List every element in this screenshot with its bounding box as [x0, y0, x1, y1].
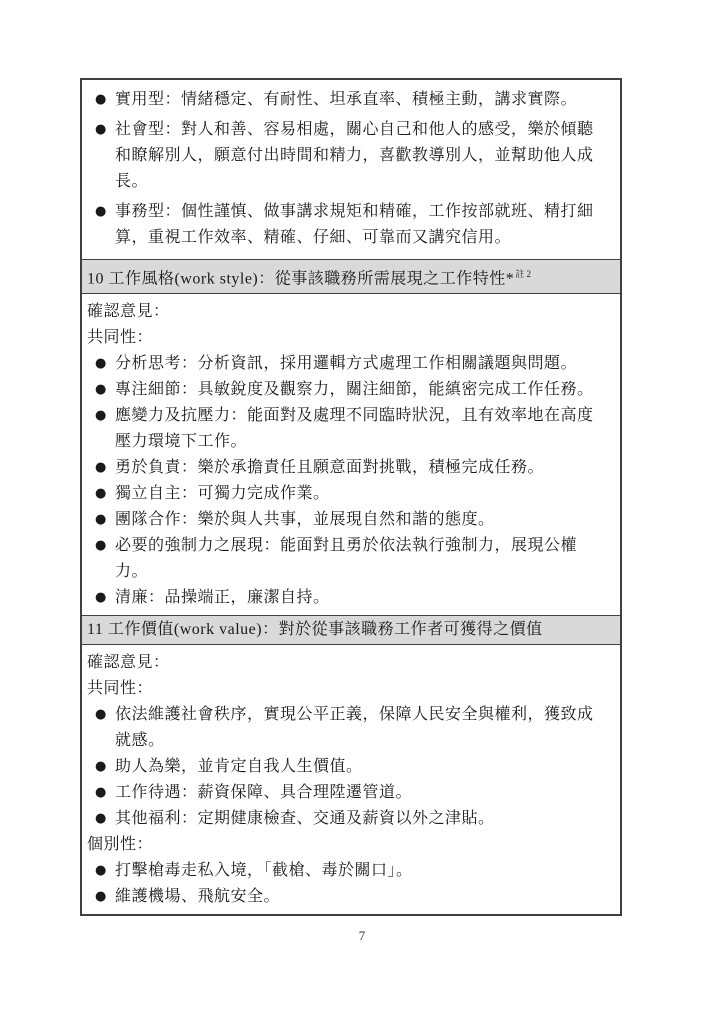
list-item: ● 必要的強制力之展現：能面對且勇於依法執行強制力，展現公權力。	[86, 533, 600, 585]
section-11-title: 11 工作價值(work value)：對於從事該職務工作者可獲得之價值	[87, 621, 543, 638]
list-item: ● 維護機場、飛航安全。	[86, 884, 600, 910]
list-item: ● 助人為樂，並肯定自我人生價值。	[86, 754, 600, 780]
list-item: ● 勇於負責：樂於承擔責任且願意面對挑戰，積極完成任務。	[86, 455, 600, 481]
list-item: ● 專注細節：具敏銳度及觀察力，關注細節，能縝密完成工作任務。	[86, 377, 600, 403]
list-item: ● 社會型：對人和善、容易相處，關心自己和他人的感受，樂於傾聽和瞭解別人，願意付…	[86, 117, 600, 195]
bullet-text: 依法維護社會秩序，實現公平正義，保障人民安全與權利，獲致成就感。	[115, 702, 600, 754]
bullet-icon: ●	[95, 858, 115, 884]
bullet-text: 應變力及抗壓力：能面對及處理不同臨時狀況，且有效率地在高度壓力環境下工作。	[115, 403, 600, 455]
list-item: ● 團隊合作：樂於與人共事，並展現自然和諧的態度。	[86, 507, 600, 533]
job-profile-table: ● 實用型：情緒穩定、有耐性、坦承直率、積極主動，講求實際。 ● 社會型：對人和…	[80, 78, 622, 916]
list-item: ● 清廉：品操端正，廉潔自持。	[86, 585, 600, 611]
list-item: ● 事務型：個性謹慎、做事講求規矩和精確，工作按部就班、精打細算，重視工作效率、…	[86, 199, 600, 251]
bullet-icon: ●	[95, 87, 115, 113]
bullet-icon: ●	[95, 481, 115, 507]
bullet-text: 事務型：個性謹慎、做事講求規矩和精確，工作按部就班、精打細算，重視工作效率、精確…	[115, 199, 600, 251]
bullet-text: 打擊槍毒走私入境，「截槍、毒於關口」。	[115, 858, 600, 884]
bullet-icon: ●	[95, 702, 115, 754]
page-number: 7	[0, 928, 724, 944]
list-item: ● 分析思考：分析資訊，採用邏輯方式處理工作相關議題與問題。	[86, 351, 600, 377]
personality-types-cell: ● 實用型：情緒穩定、有耐性、坦承直率、積極主動，講求實際。 ● 社會型：對人和…	[82, 80, 620, 260]
bullet-text: 其他福利：定期健康檢查、交通及薪資以外之津貼。	[115, 806, 600, 832]
bullet-icon: ●	[95, 780, 115, 806]
bullet-icon: ●	[95, 884, 115, 910]
bullet-icon: ●	[95, 351, 115, 377]
bullet-text: 分析思考：分析資訊，採用邏輯方式處理工作相關議題與問題。	[115, 351, 600, 377]
section-10-title: 10 工作風格(work style)：從事該職務所需展現之工作特性*	[87, 270, 514, 287]
work-value-cell: 確認意見： 共同性： ● 依法維護社會秩序，實現公平正義，保障人民安全與權利，獲…	[82, 645, 620, 914]
section-10-header: 10 工作風格(work style)：從事該職務所需展現之工作特性*註 2	[82, 260, 620, 294]
bullet-icon: ●	[95, 455, 115, 481]
bullet-icon: ●	[95, 533, 115, 585]
confirm-opinion-label: 確認意見：	[86, 299, 600, 325]
list-item: ● 工作待遇：薪資保障、具合理陞遷管道。	[86, 780, 600, 806]
bullet-text: 維護機場、飛航安全。	[115, 884, 600, 910]
bullet-text: 助人為樂，並肯定自我人生價值。	[115, 754, 600, 780]
bullet-icon: ●	[95, 507, 115, 533]
bullet-text: 清廉：品操端正，廉潔自持。	[115, 585, 600, 611]
bullet-icon: ●	[95, 199, 115, 251]
bullet-icon: ●	[95, 403, 115, 455]
bullet-text: 獨立自主：可獨力完成作業。	[115, 481, 600, 507]
section-11-header: 11 工作價值(work value)：對於從事該職務工作者可獲得之價值	[82, 616, 620, 645]
bullet-text: 必要的強制力之展現：能面對且勇於依法執行強制力，展現公權力。	[115, 533, 600, 585]
bullet-text: 工作待遇：薪資保障、具合理陞遷管道。	[115, 780, 600, 806]
work-style-cell: 確認意見： 共同性： ● 分析思考：分析資訊，採用邏輯方式處理工作相關議題與問題…	[82, 294, 620, 616]
bullet-text: 團隊合作：樂於與人共事，並展現自然和諧的態度。	[115, 507, 600, 533]
commonality-label: 共同性：	[86, 325, 600, 351]
bullet-text: 專注細節：具敏銳度及觀察力，關注細節，能縝密完成工作任務。	[115, 377, 600, 403]
confirm-opinion-label: 確認意見：	[86, 650, 600, 676]
list-item: ● 打擊槍毒走私入境，「截槍、毒於關口」。	[86, 858, 600, 884]
individuality-label: 個別性：	[86, 832, 600, 858]
list-item: ● 獨立自主：可獨力完成作業。	[86, 481, 600, 507]
list-item: ● 其他福利：定期健康檢查、交通及薪資以外之津貼。	[86, 806, 600, 832]
bullet-text: 實用型：情緒穩定、有耐性、坦承直率、積極主動，講求實際。	[115, 87, 600, 113]
bullet-text: 勇於負責：樂於承擔責任且願意面對挑戰，積極完成任務。	[115, 455, 600, 481]
list-item: ● 實用型：情緒穩定、有耐性、坦承直率、積極主動，講求實際。	[86, 87, 600, 113]
bullet-icon: ●	[95, 806, 115, 832]
footnote-ref-2: 註 2	[515, 269, 531, 279]
commonality-label: 共同性：	[86, 676, 600, 702]
bullet-icon: ●	[95, 377, 115, 403]
bullet-icon: ●	[95, 754, 115, 780]
list-item: ● 應變力及抗壓力：能面對及處理不同臨時狀況，且有效率地在高度壓力環境下工作。	[86, 403, 600, 455]
bullet-icon: ●	[95, 585, 115, 611]
list-item: ● 依法維護社會秩序，實現公平正義，保障人民安全與權利，獲致成就感。	[86, 702, 600, 754]
bullet-icon: ●	[95, 117, 115, 195]
bullet-text: 社會型：對人和善、容易相處，關心自己和他人的感受，樂於傾聽和瞭解別人，願意付出時…	[115, 117, 600, 195]
